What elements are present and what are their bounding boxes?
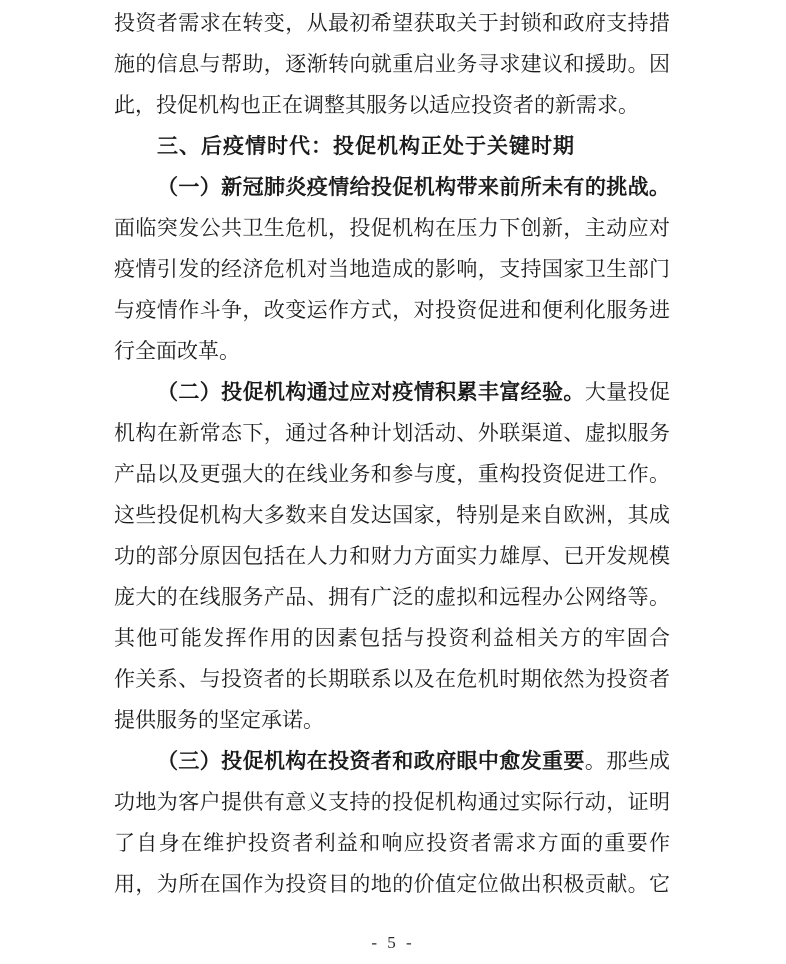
text-line: 疫情引发的经济危机对当地造成的影响，支持国家卫生部门 xyxy=(114,249,670,290)
text-line: （二）投促机构通过应对疫情积累丰富经验。大量投促 xyxy=(114,372,670,413)
text-segment: 行全面改革。 xyxy=(114,339,240,363)
text-line: 用，为所在国作为投资目的地的价值定位做出积极贡献。它 xyxy=(114,864,670,905)
section-heading-line: 三、后疫情时代：投促机构正处于关键时期 xyxy=(114,126,670,167)
bold-text-segment: （二）投促机构通过应对疫情积累丰富经验。 xyxy=(157,380,585,404)
text-segment: 此，投促机构也正在调整其服务以适应投资者的新需求。 xyxy=(114,93,639,117)
text-segment: 其他可能发挥作用的因素包括与投资利益相关方的牢固合 xyxy=(114,626,670,650)
document-body: 投资者需求在转变，从最初希望获取关于封锁和政府支持措施的信息与帮助，逐渐转向就重… xyxy=(114,3,670,905)
text-segment: 与疫情作斗争，改变运作方式，对投资促进和便利化服务进 xyxy=(114,298,670,322)
text-segment: 用，为所在国作为投资目的地的价值定位做出积极贡献。它 xyxy=(114,872,670,896)
text-segment: 面临突发公共卫生危机，投促机构在压力下创新，主动应对 xyxy=(114,216,670,240)
document-page: 投资者需求在转变，从最初希望获取关于封锁和政府支持措施的信息与帮助，逐渐转向就重… xyxy=(0,0,786,964)
text-segment: 施的信息与帮助，逐渐转向就重启业务寻求建议和援助。因 xyxy=(114,52,670,76)
text-segment: 疫情引发的经济危机对当地造成的影响，支持国家卫生部门 xyxy=(114,257,670,281)
text-line: 面临突发公共卫生危机，投促机构在压力下创新，主动应对 xyxy=(114,208,670,249)
text-segment: 庞大的在线服务产品、拥有广泛的虚拟和远程办公网络等。 xyxy=(114,585,670,609)
text-line: 了自身在维护投资者利益和响应投资者需求方面的重要作 xyxy=(114,823,670,864)
text-segment: 机构在新常态下，通过各种计划活动、外联渠道、虚拟服务 xyxy=(114,421,670,445)
text-line: 投资者需求在转变，从最初希望获取关于封锁和政府支持措 xyxy=(114,3,670,44)
bold-text-segment: 三、后疫情时代：投促机构正处于关键时期 xyxy=(157,135,575,158)
text-line: 作关系、与投资者的长期联系以及在危机时期依然为投资者 xyxy=(114,659,670,700)
text-segment: 了自身在维护投资者利益和响应投资者需求方面的重要作 xyxy=(114,831,670,855)
text-line: 此，投促机构也正在调整其服务以适应投资者的新需求。 xyxy=(114,85,670,126)
text-segment: 产品以及更强大的在线业务和参与度，重构投资促进工作。 xyxy=(114,462,670,486)
text-line: 机构在新常态下，通过各种计划活动、外联渠道、虚拟服务 xyxy=(114,413,670,454)
text-segment: 提供服务的坚定承诺。 xyxy=(114,708,324,732)
text-line: 功的部分原因包括在人力和财力方面实力雄厚、已开发规模 xyxy=(114,536,670,577)
text-segment: 投资者需求在转变，从最初希望获取关于封锁和政府支持措 xyxy=(114,11,670,35)
text-segment: 大量投促 xyxy=(585,380,670,404)
text-line: 行全面改革。 xyxy=(114,331,670,372)
text-line: 这些投促机构大多数来自发达国家，特别是来自欧洲，其成 xyxy=(114,495,670,536)
text-segment: 功地为客户提供有意义支持的投促机构通过实际行动，证明 xyxy=(114,790,670,814)
text-line: 与疫情作斗争，改变运作方式，对投资促进和便利化服务进 xyxy=(114,290,670,331)
text-line: 功地为客户提供有意义支持的投促机构通过实际行动，证明 xyxy=(114,782,670,823)
text-line: 产品以及更强大的在线业务和参与度，重构投资促进工作。 xyxy=(114,454,670,495)
text-segment: 这些投促机构大多数来自发达国家，特别是来自欧洲，其成 xyxy=(114,503,670,527)
bold-text-segment: （一）新冠肺炎疫情给投促机构带来前所未有的挑战。 xyxy=(157,175,670,199)
text-segment: 作关系、与投资者的长期联系以及在危机时期依然为投资者 xyxy=(114,667,670,691)
text-line: 其他可能发挥作用的因素包括与投资利益相关方的牢固合 xyxy=(114,618,670,659)
text-line: 施的信息与帮助，逐渐转向就重启业务寻求建议和援助。因 xyxy=(114,44,670,85)
text-line: （一）新冠肺炎疫情给投促机构带来前所未有的挑战。 xyxy=(114,167,670,208)
text-segment: 功的部分原因包括在人力和财力方面实力雄厚、已开发规模 xyxy=(114,544,670,568)
text-line: 提供服务的坚定承诺。 xyxy=(114,700,670,741)
text-line: 庞大的在线服务产品、拥有广泛的虚拟和远程办公网络等。 xyxy=(114,577,670,618)
text-line: （三）投促机构在投资者和政府眼中愈发重要。那些成 xyxy=(114,741,670,782)
text-segment: 。那些成 xyxy=(585,749,670,773)
page-number: - 5 - xyxy=(0,933,786,953)
bold-text-segment: （三）投促机构在投资者和政府眼中愈发重要 xyxy=(157,749,585,773)
